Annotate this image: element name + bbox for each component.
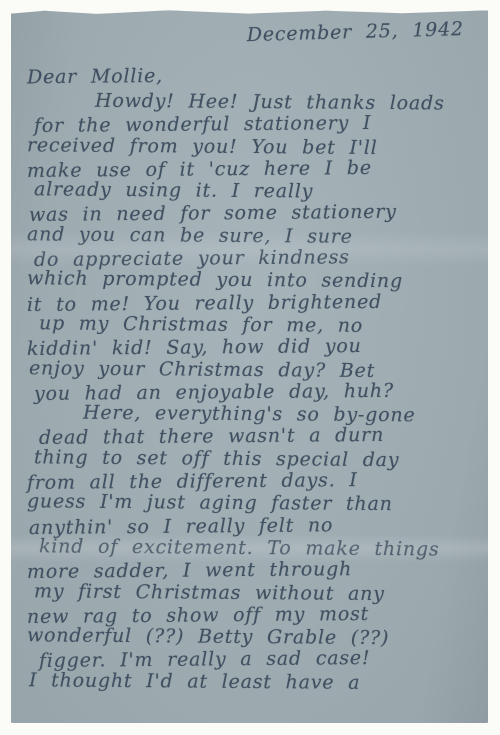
letter-line: for the wonderful stationery I — [34, 111, 474, 137]
letter-line: dead that there wasn't a durn — [39, 424, 474, 450]
letter-paper: December 25, 1942 Dear Mollie, Howdy! He… — [11, 10, 488, 723]
letter-body: Howdy! Hee! Just thanks loadsfor the won… — [27, 91, 474, 693]
letter-line: figger. I'm really a sad case! — [39, 647, 474, 673]
letter-line: I thought I'd at least have a — [29, 669, 474, 695]
letter-scan: December 25, 1942 Dear Mollie, Howdy! He… — [0, 0, 500, 735]
letter-line: kiddin' kid! Say, how did you — [27, 334, 474, 360]
letter-date: December 25, 1942 — [27, 18, 475, 58]
letter-line: more sadder, I went through — [27, 557, 474, 583]
letter-line: was in need for some stationery — [29, 201, 474, 227]
letter-line: which prompted you into sending — [27, 268, 474, 294]
letter-line: guess I'm just aging faster than — [27, 491, 474, 517]
letter-content: December 25, 1942 Dear Mollie, Howdy! He… — [11, 10, 488, 723]
letter-salutation: Dear Mollie, — [27, 62, 474, 91]
